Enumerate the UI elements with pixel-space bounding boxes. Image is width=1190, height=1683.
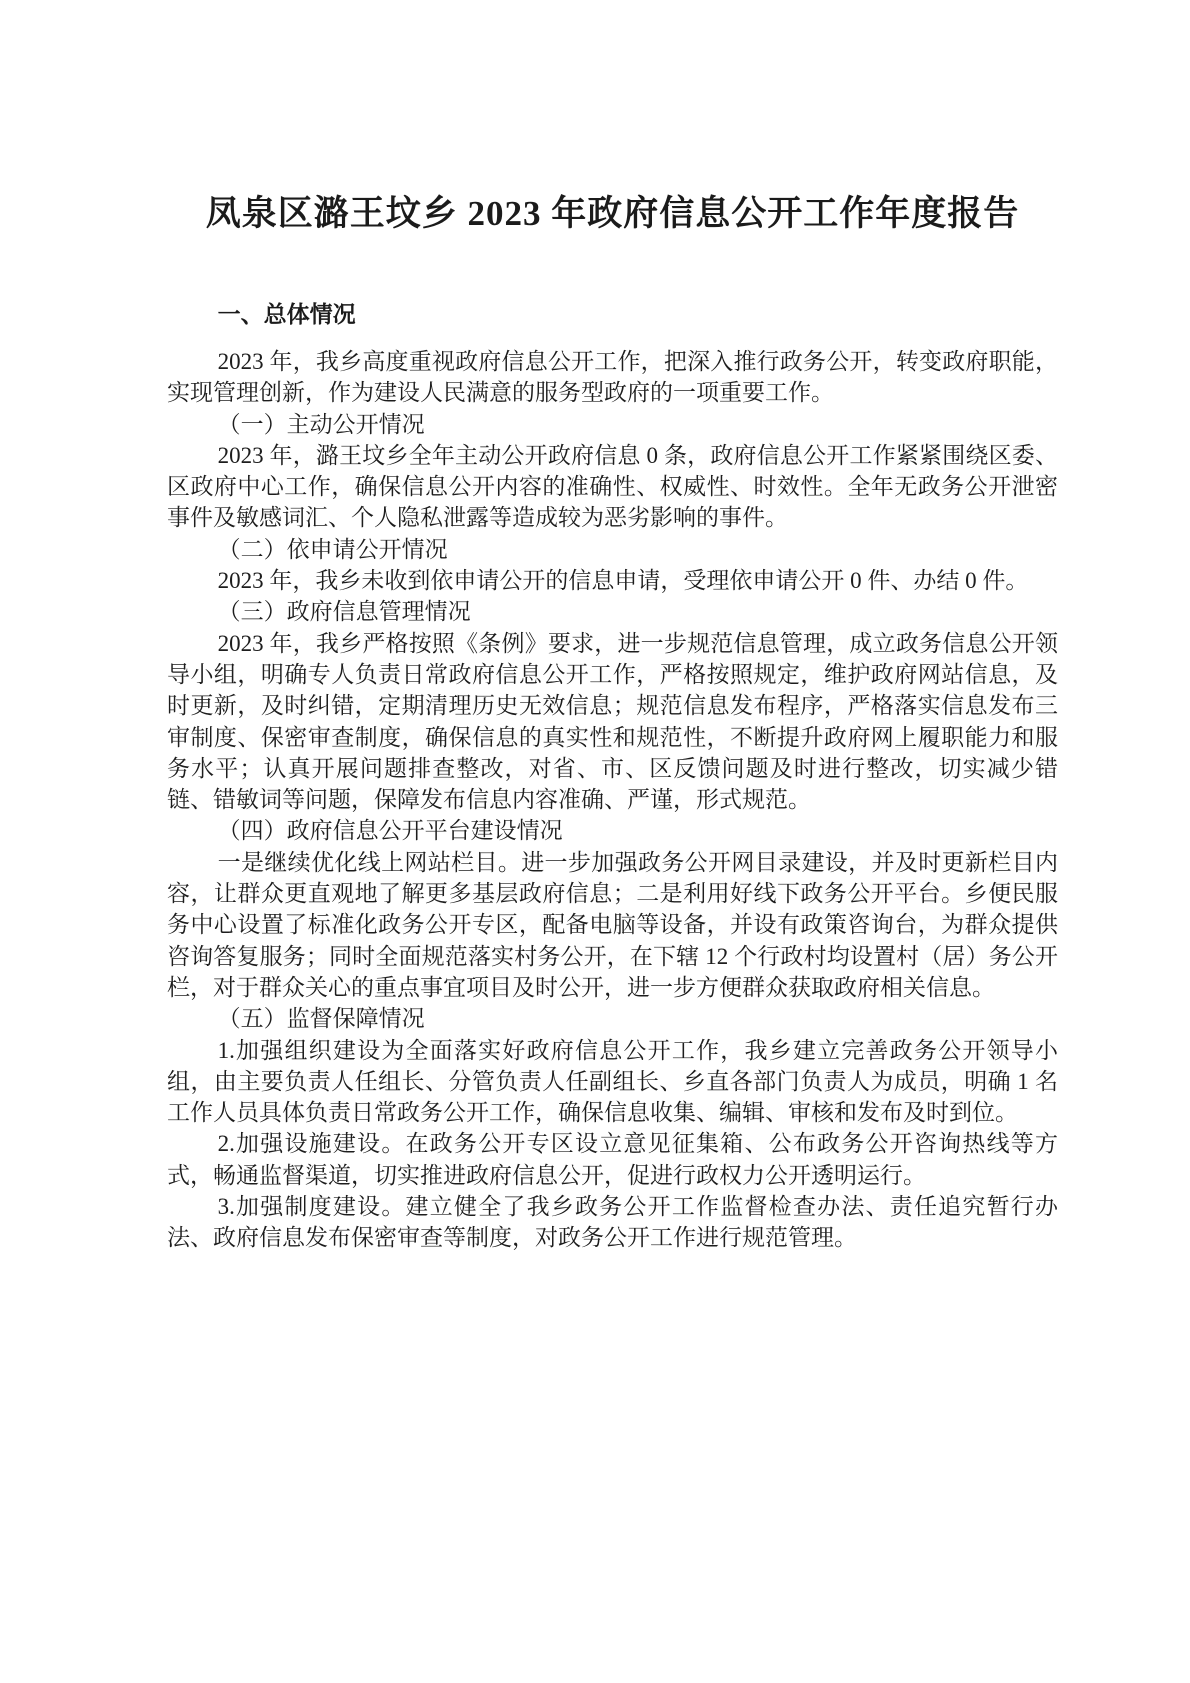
sub-heading-supervision-safeguard: （五）监督保障情况	[167, 1003, 1058, 1034]
paragraph-organization-building: 1.加强组织建设为全面落实好政府信息公开工作，我乡建立完善政务公开领导小组，由主…	[167, 1035, 1058, 1129]
sub-heading-platform-construction: （四）政府信息公开平台建设情况	[167, 815, 1058, 846]
paragraph-overview-intro: 2023 年，我乡高度重视政府信息公开工作，把深入推行政务公开，转变政府职能，实…	[167, 346, 1058, 409]
sub-heading-proactive-disclosure: （一）主动公开情况	[167, 409, 1058, 440]
paragraph-system-building: 3.加强制度建设。建立健全了我乡政务公开工作监督检查办法、责任追究暂行办法、政府…	[167, 1191, 1058, 1254]
section-heading-overview: 一、总体情况	[167, 297, 1058, 331]
paragraph-proactive-disclosure: 2023 年，潞王坟乡全年主动公开政府信息 0 条，政府信息公开工作紧紧围绕区委…	[167, 440, 1058, 534]
document-page: 凤泉区潞王坟乡 2023 年政府信息公开工作年度报告 一、总体情况 2023 年…	[0, 0, 1190, 1683]
document-content: 凤泉区潞王坟乡 2023 年政府信息公开工作年度报告 一、总体情况 2023 年…	[0, 190, 1190, 1254]
paragraph-facility-building: 2.加强设施建设。在政务公开专区设立意见征集箱、公布政务公开咨询热线等方式，畅通…	[167, 1128, 1058, 1191]
paragraph-information-management: 2023 年，我乡严格按照《条例》要求，进一步规范信息管理，成立政务信息公开领导…	[167, 628, 1058, 816]
paragraph-disclosure-upon-request: 2023 年，我乡未收到依申请公开的信息申请，受理依申请公开 0 件、办结 0 …	[167, 565, 1058, 596]
sub-heading-disclosure-upon-request: （二）依申请公开情况	[167, 534, 1058, 565]
paragraph-platform-construction: 一是继续优化线上网站栏目。进一步加强政务公开网目录建设，并及时更新栏目内容，让群…	[167, 847, 1058, 1003]
document-title: 凤泉区潞王坟乡 2023 年政府信息公开工作年度报告	[167, 190, 1058, 238]
sub-heading-information-management: （三）政府信息管理情况	[167, 596, 1058, 627]
